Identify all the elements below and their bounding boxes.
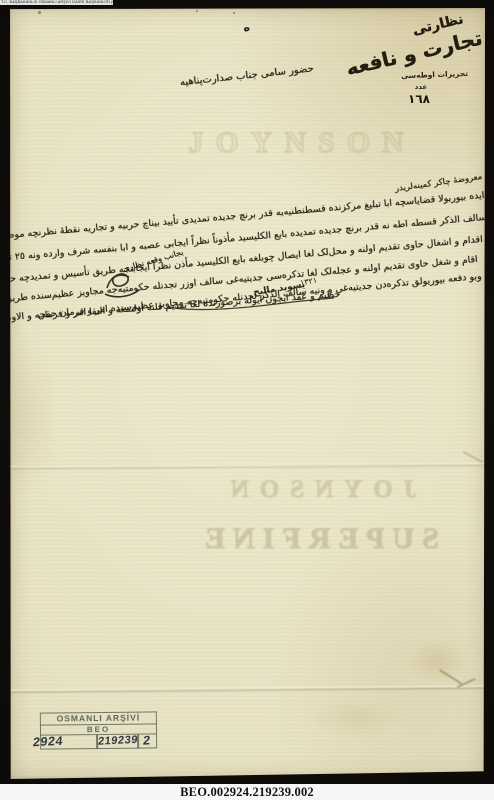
archive-watermark-strip: T.C. BAŞBAKANLIK OSMANLI ARŞİVİ DAİRE BA…: [0, 0, 113, 5]
stamp-title: OSMANLI ARŞİVİ: [40, 711, 157, 725]
page-mark: ه: [241, 20, 251, 34]
verso-showthrough: JOYNSON SUPERFINE: [150, 476, 486, 556]
letterhead-office-line: تحریرات اوطه‌سی: [406, 69, 468, 80]
stamp-number-1: 2924: [32, 734, 63, 749]
address-line: حضور سامی جناب صدارت‌پناهیه: [168, 63, 314, 89]
stamp-number-3: 2: [142, 733, 151, 747]
reference-strip: BEO.002924.219239.002: [0, 783, 494, 800]
paper-stain: [408, 638, 468, 684]
wrinkle-mark: [440, 669, 463, 684]
paper-stain: [310, 698, 400, 738]
paraph-squiggle: [103, 268, 141, 300]
scan-background: T.C. BAŞBAKANLIK OSMANLI ARŞİVİ DAİRE BA…: [0, 0, 494, 800]
ink-speck: [196, 10, 198, 12]
paper-stain: [10, 338, 60, 498]
ink-speck: [233, 12, 235, 14]
verso-watermark-line2: SUPERFINE: [150, 522, 486, 556]
stamp-number-2: 219239: [97, 734, 138, 748]
letterhead-number-value: ١٦٨: [401, 92, 437, 106]
signature-flourish: [166, 296, 336, 312]
verso-watermark-line1: JOYNSON: [150, 476, 486, 504]
archive-stamp: OSMANLI ARŞİVİ BEO 2924 219239 2: [40, 711, 157, 749]
reference-code: BEO.002924.219239.002: [0, 784, 494, 800]
ink-speck: [38, 11, 41, 14]
fold-crease-lower: [10, 685, 486, 694]
fold-crease-upper: [10, 462, 486, 470]
letterhead-number-label: عدد: [406, 83, 436, 91]
paper-watermark-joynson: JOYNSON: [158, 126, 446, 160]
wrinkle-mark: [463, 451, 483, 463]
document-paper: JOYNSON JOYNSON SUPERFINE نظارتی تجارت و…: [10, 8, 486, 779]
